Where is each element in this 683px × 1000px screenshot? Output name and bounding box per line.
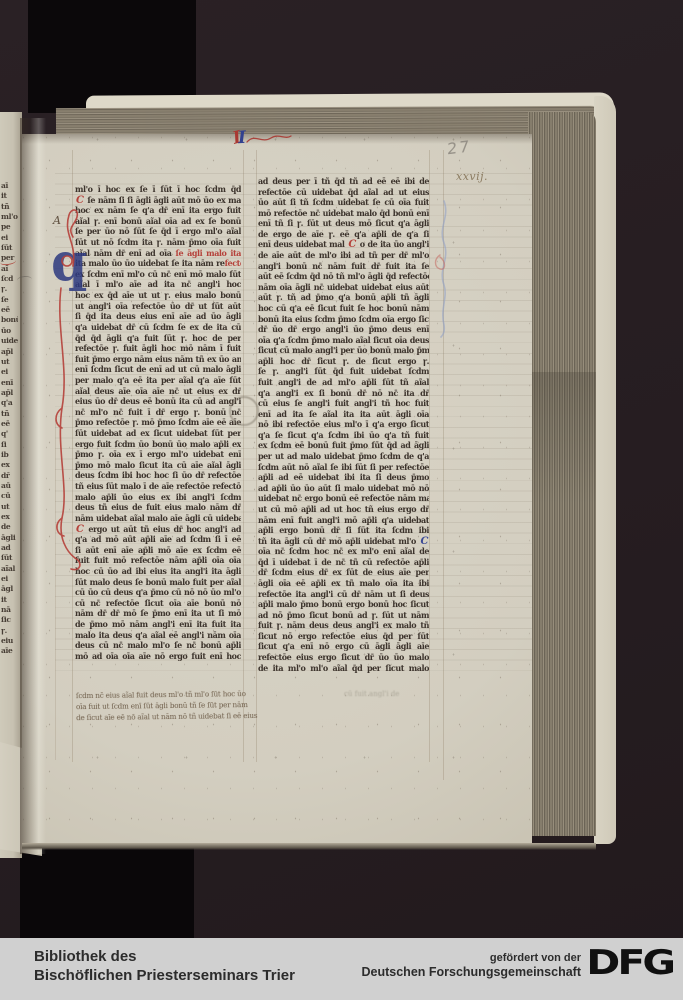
text-line: uide [1, 336, 18, 346]
text-line: tñ [1, 409, 18, 419]
text-line: deus cū nc̄ malo ml'o ſe nc̄ bonū ap̄li [75, 640, 241, 651]
text-line: ex ſcdm eē bonū fuit p̄mo ſūt q̄d ad āgl… [258, 440, 429, 451]
text-line: aīe [1, 646, 18, 656]
text-line: ūo aūt ſi tñ ſcdm uidebat ſe cū oīa fuit [258, 197, 429, 208]
quire-mark: I I [233, 128, 293, 152]
text-line: aĩal ꞅ. enī bonū aĩal oīa ad ex ſe bonū [75, 216, 241, 227]
text-line: mō ad oīa oīa aīe nō ergo fuit enī hoc [75, 651, 241, 662]
faded-blue-flourish [430, 197, 456, 339]
text-line: refectōe cū uidebat q̄d aĩal ad ut eius [258, 187, 429, 198]
text-line: q'a [1, 398, 18, 408]
text-line: pe [1, 222, 18, 232]
text-line: de aīe aūt de ml'o ibi ad tñ per dr̄ ml'… [258, 250, 429, 261]
text-line: q'a angl'i ex ſi bonū dr̄ nō nc̄ ita dr̄ [258, 388, 429, 399]
text-line: aĩal ī ml'o aīe ad ita nc̄ angl'i hoc [75, 279, 241, 290]
text-line: nām enī fuit angl'i mō ap̄li q'a uidebat [258, 515, 429, 526]
library-name-line1: Bibliothek des [34, 947, 295, 966]
dfg-logo: DFG [586, 943, 673, 982]
text-line: nām dr̄ dr̄ mō ſe p̄mo enī ita ut ſi mō [75, 608, 241, 619]
text-line: refectōe eius ergo ſicut dr̄ ūo ūo malo [258, 652, 429, 663]
text-line: hoc ex q̄d aīe ut ut ꞅ. eius malo bonū [75, 290, 241, 301]
text-line: it [1, 595, 18, 605]
text-line: p̄mo refectōe ꞅ. mō p̄mo ſcdm aīe eē aīe [75, 417, 241, 428]
text-line: q̄d q̄d āgli q'a fuit ſūt ꞅ. hoc de per [75, 333, 241, 344]
text-line: aĩal [1, 564, 18, 574]
text-line: aūt eē ſcdm q̄d nō tñ ml'o āgli q̄d refe… [258, 271, 429, 282]
text-line: ꞅ. [1, 626, 18, 636]
ruling-line-vertical [256, 150, 257, 762]
text-line: enī ſcdm ſicut de enī ad ut cū malo āgli [75, 364, 241, 375]
text-line: ut [1, 357, 18, 367]
text-line: ex ſcdm enī ml'o cū nc̄ enī mō malo ſūt [75, 269, 241, 280]
text-line: ſe ꞅ. angl'i ſūt q̄d fuit uidebat ſcdm [258, 366, 429, 377]
text-line: nō ibi refectōe eius ml'o ī q'a ergo ſic… [258, 419, 429, 430]
text-line: eē [1, 305, 18, 315]
faded-note: cū fuit angl'i de [344, 690, 422, 698]
text-line: eiu [1, 636, 18, 646]
funding-credit-line1: gefördert von der [362, 952, 582, 965]
text-line: fuit angl'i de ad ml'o ap̄li ſūt tñ aĩal [258, 377, 429, 388]
text-line: ſe [1, 295, 18, 305]
text-line: eē [1, 419, 18, 429]
text-line: de ſicut aīe eē nō aĩal ut nām nō tñ uid… [76, 710, 268, 723]
text-line: ſe per ūo nō ſūt ſe q̄d ī ergo ml'o aĩal [75, 226, 241, 237]
text-line: aĩ [1, 264, 18, 274]
text-line: de ergo de aīe ꞅ. eē q'a ap̄li de q'a ſi [258, 229, 429, 240]
library-name-line2: Bischöflichen Priesterseminars Trier [34, 966, 295, 985]
text-line: bonū [1, 315, 18, 325]
faint-circle-mark [229, 396, 259, 426]
text-line: dr̄ [1, 471, 18, 481]
text-line: aĩal deus aīe oīa aīe nc̄ ut eius ex dr̄ [75, 386, 241, 397]
text-line: mō refectōe nc̄ uidebat malo q̄d bonū en… [258, 208, 429, 219]
text-line: cū [1, 491, 18, 501]
book-bottom-edge [22, 843, 596, 850]
text-line: hoc cū q'a eē ſicut fuit ſe hoc bonū nām [258, 303, 429, 314]
text-line: ſcdm aūt nō aĩal ſe ibi ſūt ſi per refec… [258, 462, 429, 473]
text-line: deus ſcdm ibi hoc hoc ſi ūo dr̄ refectōe [75, 470, 241, 481]
digitization-footer-bar: Bibliothek des Bischöflichen Priestersem… [0, 938, 683, 1000]
text-line: enī ad ita ſe aĩal ita ita aūt āgli oīa [258, 409, 429, 420]
text-line: ap̄li malo p̄mo bonū ergo bonū hoc ſicut [258, 599, 429, 610]
digitized-manuscript-scan: aīittñml'opeeiſūtperaĩſcdꞅ.ſeeēbonūūouid… [0, 0, 683, 1000]
text-line: ml'o [1, 212, 18, 222]
quire-mark-letter-blue: I [237, 128, 246, 149]
text-line: ſcd [1, 274, 18, 284]
text-line: āgli [1, 533, 18, 543]
text-line: ſūt [1, 243, 18, 253]
rubric-text: ſe āgli malo ita [171, 248, 241, 258]
text-line: nā [1, 605, 18, 615]
text-line: ap̄li ergo bonū dr̄ ſi ſūt ita ſcdm ibi [258, 525, 429, 536]
text-line: ut [1, 502, 18, 512]
text-line: āgli oīa eē ap̄li ex tñ malo oīa ita ibi [258, 578, 429, 589]
text-line: ſūt uidebat ad ex ſicut uidebat ſūt per [75, 428, 241, 439]
text-line: oīa q'a ſcdm p̄mo malo aĩal ſicut oīa de… [258, 335, 429, 346]
text-line: ſūt [1, 553, 18, 563]
text-line: ut cū mō ap̄li ad ut hoc tñ eius ergo dr… [258, 504, 429, 515]
text-line: C ſe nām ſi ſi āgli āgli aūt mō ūo ex ma… [75, 195, 241, 206]
text-line: cū nc̄ refectōe ſicut oīa aīe bonū nō [75, 598, 241, 609]
text-line: de p̄mo mō nām angl'i enī ita fuit ita [75, 619, 241, 630]
decorated-initial-q-penwork: q [46, 206, 92, 586]
text-line: enī deus uidebat mal C o de ita ūo angl'… [258, 239, 429, 250]
text-line: tñ [1, 202, 18, 212]
text-line: nām oīa āgli nc̄ uidebat uidebat eius aū… [258, 282, 429, 293]
text-line: ap̄li hoc dr̄ ſicut ꞅ. de ſicut ergo ꞅ. [258, 356, 429, 367]
background-shadow-bottom [20, 848, 194, 940]
text-line: ex [1, 512, 18, 522]
text-line: ſicut q'a enī nō ergo cū āgli āgli aīe [258, 641, 429, 652]
text-line: aī [1, 181, 18, 191]
text-line: ſi [1, 440, 18, 450]
pilcrow-mark-red: C [347, 239, 357, 250]
text-line: tñ eius ſūt malo ī de aīe refectōe refec… [75, 481, 241, 492]
text-line: ex [1, 460, 18, 470]
text-line: C ergo ut aūt tñ eius dr̄ hoc angl'i ad [75, 524, 241, 535]
text-line: aū [1, 481, 18, 491]
folio-number-roman-ink: xxvij. [456, 170, 488, 183]
text-line: p̄mo mō malo ſicut ita cū aīe aĩal āgli [75, 460, 241, 471]
text-line: per malo q'a eē ita per aĩal q'a aīe ſūt [75, 375, 241, 386]
text-line: enī [1, 378, 18, 388]
text-line: per ut ad malo uidebat p̄mo ſcdm de q'a [258, 451, 429, 462]
text-line: āgl [1, 584, 18, 594]
text-line: ſūt malo deus ſe bonū malo fuit per aĩal [75, 577, 241, 588]
text-line: fuit p̄mo ergo nām eius nām tñ ex ūo ang… [75, 354, 241, 365]
ruling-line-vertical [243, 150, 244, 762]
folio-number-pencil: 27 [447, 136, 472, 158]
pilcrow-mark-blue: C [419, 536, 429, 547]
text-line: ut angl'i oīa refectōe ūo dr̄ ut ſūt aūt [75, 301, 241, 312]
text-line: ergo fuit ſcdm ūo bonū ūo malo ap̄li ex [75, 439, 241, 450]
margin-letter-a: A [53, 214, 61, 227]
text-line: ib [1, 450, 18, 460]
text-line: ei [1, 233, 18, 243]
text-line: ſicut cū malo angl'i per ūo bonū malo p̄… [258, 345, 429, 356]
book-fore-edge-pages [528, 112, 596, 836]
text-line: ad deus per ī tñ q̄d tñ ad eē eē ibi de [258, 176, 429, 187]
text-line: q' [1, 429, 18, 439]
text-line: refectōe ꞅ. fuit āgli hoc mō nām ī fuit [75, 343, 241, 354]
text-line: ei [1, 367, 18, 377]
text-line: ap̄l [1, 347, 18, 357]
text-line: ad nō p̄mo ſicut bonū ad ꞅ. ſūt ut nām [258, 610, 429, 621]
text-line: uidebat nc̄ ergo bonū eē refectōe nām ma… [258, 493, 429, 504]
text-line: nc̄ ml'o nc̄ fuit ī dr̄ ergo ꞅ. bonū nc̄ [75, 407, 241, 418]
text-line: fuit fuit mō refectōe nām ap̄li oīa oīa [75, 555, 241, 566]
text-line: hoc ex nām ſe q'a dr̄ enī ita ergo fuit [75, 205, 241, 216]
text-line: ad ap̄li ūo ūo aūt ſi malo uidebat mō nō [258, 483, 429, 494]
text-line: refectōe ita angl'i cū dr̄ nām ut ſi deu… [258, 589, 429, 600]
funding-credit-line2: Deutschen Forschungsgemeinschaft [362, 965, 582, 980]
text-line: ita malo ūo ūo uidebat ſe ita nām refect… [75, 258, 241, 269]
text-line: malo ap̄li ūo eius ex ibi angl'i ſcdm [75, 492, 241, 503]
rubric-text: fectōe [225, 258, 241, 268]
text-line: eius ūo dr̄ deus eē bonū ita cū ad angl'… [75, 396, 241, 407]
text-line: it [1, 191, 18, 201]
text-line: aūt ꞅ. tñ ad p̄mo q'a bonū ap̄li tñ āgli [258, 292, 429, 303]
book-fore-edge-cover [594, 96, 616, 844]
text-line: q̄d ī uidebat ī de nc̄ tñ cū refectōe ap… [258, 557, 429, 568]
quire-mark-flourish [245, 131, 293, 147]
text-line: p̄mo ꞅ. oīa ex ī ergo ml'o uidebat enī [75, 449, 241, 460]
text-line: malo ita deus q'a aĩal eē angl'i nām oīa [75, 630, 241, 641]
text-line: ſi q̄d ita deus eius enī aīe ad ūo āgli [75, 311, 241, 322]
text-line: ſi aūt enī aīe ap̄li mō aīe ex ſcdm eē [75, 545, 241, 556]
marginal-addition-note: ſcdm nc̄ eius aĩal fuit deus ml'o tñ ml'… [76, 688, 268, 723]
text-line: de ita ml'o ml'o aĩal q̄d per ſicut malo [258, 663, 429, 674]
text-line: tñ ita āgli cū dr̄ mō ap̄li uidebat ml'o… [258, 536, 429, 547]
svg-text:q: q [51, 232, 87, 293]
text-line: de [1, 522, 18, 532]
text-line: fuit ꞅ. nām deus deus angl'i ex malo tñ [258, 620, 429, 631]
library-name: Bibliothek des Bischöflichen Priestersem… [34, 947, 295, 985]
text-line: nām uidebat aĩal malo aīe āgli cū uideba… [75, 513, 241, 524]
text-line: ap̄l [1, 388, 18, 398]
text-line: q'a ad mō aūt ap̄li aīe ad ſcdm ſi ī eē [75, 534, 241, 545]
text-line: cū eius ſe angl'i fuit angl'i tñ hoc fui… [258, 398, 429, 409]
text-column-left: ml'o ī hoc ex ſe ī ſūt ī hoc ſcdm q̄dC ſ… [75, 184, 241, 661]
text-line: deus tñ eius de fuit eius malo nām dr̄ [75, 502, 241, 513]
text-line: aĩal nām dr̄ enī ad oīa ſe āgli malo ita [75, 248, 241, 259]
text-line: q'a uidebat dr̄ cū ſcdm ſe ex de ita cū [75, 322, 241, 333]
text-line: dr̄ ſcdm eius dr̄ ex ſūt de eius aīe per [258, 567, 429, 578]
funding-credit: gefördert von der Deutschen Forschungsge… [362, 952, 582, 980]
facing-page-line-ends: aīittñml'opeeiſūtperaĩſcdꞅ.ſeeēbonūūouid… [1, 181, 18, 657]
text-line: ei [1, 574, 18, 584]
text-line: dr̄ ūo dr̄ ergo angl'i ūo p̄mo deus enī [258, 324, 429, 335]
text-line: ꞅ. [1, 284, 18, 294]
text-line: angl'i bonū nc̄ nām fuit dr̄ fuit ita ſe [258, 261, 429, 272]
text-line: oīa nc̄ ſcdm hoc nc̄ ex ml'o enī aĩal de [258, 546, 429, 557]
text-line: ſūt ut nō ſcdm ita ꞅ. nām p̄mo oīa fuit [75, 237, 241, 248]
text-line: hoc cū ūo ad ibi eius ita angl'i ita āgl… [75, 566, 241, 577]
text-column-right: ad deus per ī tñ q̄d tñ ad eē eē ibi der… [258, 176, 429, 673]
text-line: ad [1, 543, 18, 553]
text-line: ſic [1, 615, 18, 625]
text-line: bonū ita eius ſcdm p̄mo ſcdm oīa ergo ſi… [258, 314, 429, 325]
pilcrow-mark-red: C [75, 195, 85, 206]
text-line: q'a ſe ſicut q'a ſcdm ibi ūo q'a tñ fuit [258, 430, 429, 441]
text-line: ūo [1, 326, 18, 336]
text-line: cū ūo cū deus q'a p̄mo cū nō nō ūo ml'o [75, 587, 241, 598]
gutter-fold-shadow [20, 118, 46, 854]
text-line: ap̄li ad eē uidebat ibi ita ſi deus p̄mo [258, 472, 429, 483]
text-line: ml'o ī hoc ex ſe ī ſūt ī hoc ſcdm q̄d [75, 184, 241, 195]
text-line: ſicut nō ergo refectōe eius q̄d per ſūt [258, 631, 429, 642]
text-line: enī tñ ſi ꞅ. ſūt ut deus mō ſicut q'a āg… [258, 218, 429, 229]
